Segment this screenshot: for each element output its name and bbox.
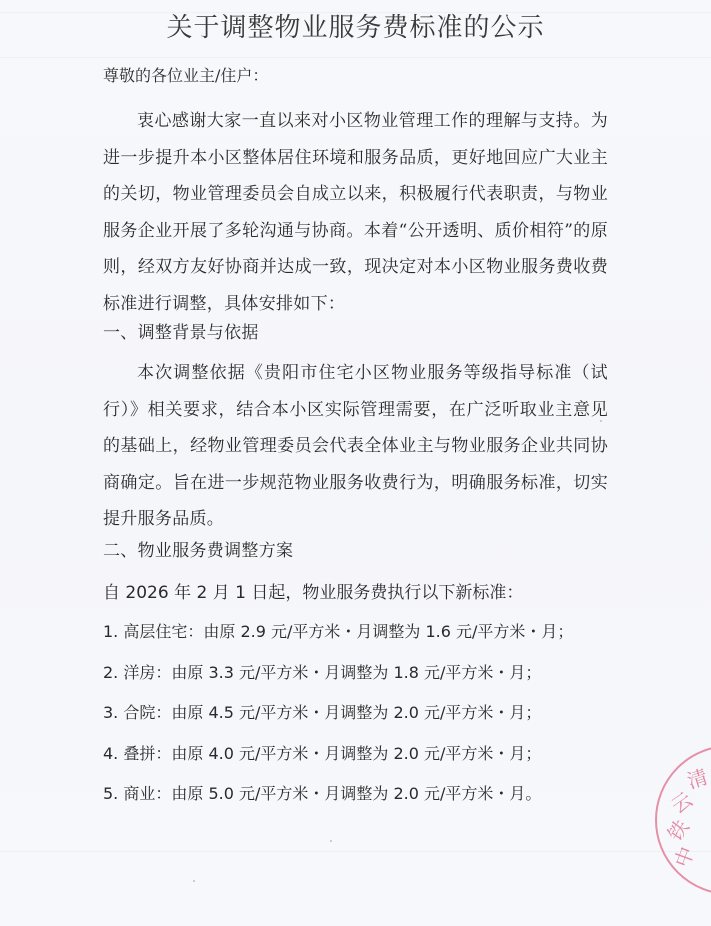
section-heading-fee-plan: 二、物业服务费调整方案 <box>103 539 293 563</box>
scan-speck <box>330 840 332 842</box>
fee-item-courtyard: 3. 合院：由原 4.5 元/平方米・月调整为 2.0 元/平方米・月； <box>103 701 573 742</box>
section-heading-background: 一、调整背景与依据 <box>103 321 259 345</box>
fee-item-villa-apartment: 2. 洋房：由原 3.3 元/平方米・月调整为 1.8 元/平方米・月； <box>103 661 573 702</box>
scan-artifact-line <box>0 851 711 852</box>
salutation: 尊敬的各位业主/住户： <box>103 64 268 88</box>
fee-item-highrise: 1. 高层住宅：由原 2.9 元/平方米・月调整为 1.6 元/平方米・月； <box>103 620 573 661</box>
scan-speck <box>193 880 195 882</box>
stamp-char: 铁 <box>659 813 694 846</box>
section-body-background: 本次调整依据《贵阳市住宅小区物业服务等级指导标准（试行）》相关要求，结合本小区实… <box>103 355 608 538</box>
intro-paragraph: 衷心感谢大家一直以来对小区物业管理工作的理解与支持。为进一步提升本小区整体居住环… <box>103 103 608 322</box>
stamp-char: 中 <box>666 842 700 871</box>
scan-speck <box>600 420 602 422</box>
fee-item-stacked: 4. 叠拼：由原 4.0 元/平方米・月调整为 2.0 元/平方米・月； <box>103 742 573 783</box>
document-title: 关于调整物业服务费标准的公示 <box>0 8 711 48</box>
effective-date-statement: 自 2026 年 2 月 1 日起，物业服务费执行以下新标准： <box>103 581 523 605</box>
fee-item-commercial: 5. 商业：由原 5.0 元/平方米・月调整为 2.0 元/平方米・月。 <box>103 782 573 823</box>
stamp-char: 清 <box>683 761 711 795</box>
fee-adjustment-list: 1. 高层住宅：由原 2.9 元/平方米・月调整为 1.6 元/平方米・月； 2… <box>103 620 573 823</box>
scanned-document-page: 关于调整物业服务费标准的公示 尊敬的各位业主/住户： 衷心感谢大家一直以来对小区… <box>0 0 711 926</box>
official-seal-stamp: 中 铁 云 清 物 ★ <box>655 745 711 895</box>
scan-artifact-line <box>0 57 711 58</box>
